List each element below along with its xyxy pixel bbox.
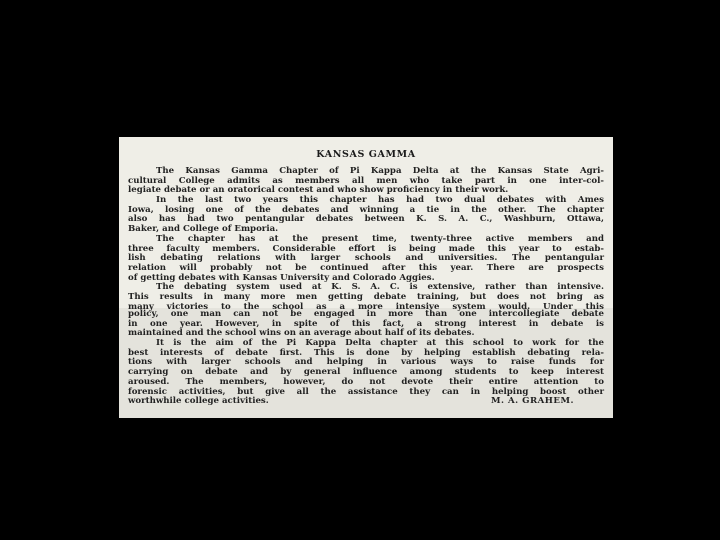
document-body-upper: The Kansas Gamma Chapter of Pi Kappa Del… (128, 167, 604, 312)
closing-line: worthwhile college activities. M. A. GRA… (128, 397, 604, 407)
author-signature: M. A. GRAHEM. (491, 397, 604, 407)
slide-stage: KANSAS GAMMA The Kansas Gamma Chapter of… (0, 0, 720, 540)
text-line: worthwhile college activities. (128, 397, 269, 407)
document-body-lower: policy, one man can not be engaged in mo… (128, 310, 604, 407)
document-heading: KANSAS GAMMA (119, 149, 613, 160)
scanned-document-page: KANSAS GAMMA The Kansas Gamma Chapter of… (119, 137, 613, 418)
